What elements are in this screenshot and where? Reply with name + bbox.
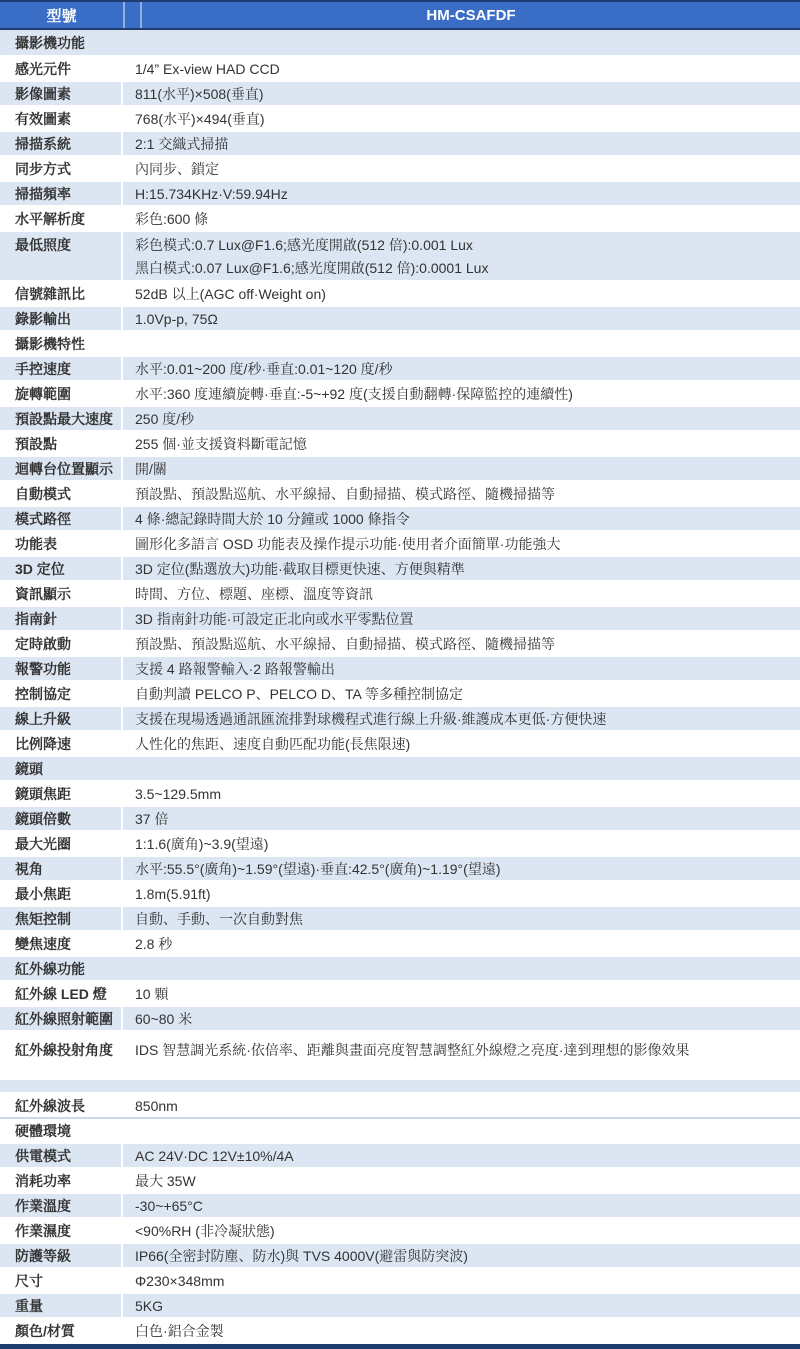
- spec-label: 紅外線 LED 燈: [0, 982, 123, 1005]
- spec-value: 時間、方位、標題、座標、溫度等資訊: [123, 582, 800, 605]
- spec-label: 旋轉範圍: [0, 382, 123, 405]
- spec-label: 同步方式: [0, 157, 123, 180]
- spec-row: 水平解析度彩色:600 條: [0, 205, 800, 230]
- spec-row: 作業溫度-30~+65°C: [0, 1192, 800, 1217]
- spec-value: 2:1 交織式掃描: [123, 132, 800, 155]
- spec-label: 信號雜訊比: [0, 282, 123, 305]
- spec-row: 紅外線 LED 燈10 顆: [0, 980, 800, 1005]
- spec-label: 迴轉台位置顯示: [0, 457, 123, 480]
- spec-label: 預設點: [0, 432, 123, 455]
- spec-row: 掃描頻率H:15.734KHz·V:59.94Hz: [0, 180, 800, 205]
- spec-value: 3.5~129.5mm: [123, 782, 800, 805]
- section-row: 硬體環境: [0, 1117, 800, 1142]
- table-header: 型號 HM-CSAFDF: [0, 0, 800, 30]
- spec-value: 811(水平)×508(垂直): [123, 82, 800, 105]
- spec-row: 指南針3D 指南針功能·可設定正北向或水平零點位置: [0, 605, 800, 630]
- spec-value: 3D 指南針功能·可設定正北向或水平零點位置: [123, 607, 800, 630]
- spec-label: 掃描系統: [0, 132, 123, 155]
- spec-value: 250 度/秒: [123, 407, 800, 430]
- spec-value: 4 條·總記錄時間大於 10 分鐘或 1000 條指令: [123, 507, 800, 530]
- spec-label: 鏡頭焦距: [0, 782, 123, 805]
- spec-value: 彩色:600 條: [123, 207, 800, 230]
- spec-value: 10 顆: [123, 982, 800, 1005]
- spec-label: 紅外線照射範圍: [0, 1007, 123, 1030]
- spec-row: 重量5KG: [0, 1292, 800, 1317]
- spec-label: 最大光圈: [0, 832, 123, 855]
- spec-label: 尺寸: [0, 1269, 123, 1292]
- section-title: 硬體環境: [0, 1119, 800, 1142]
- spec-row: 消耗功率最大 35W: [0, 1167, 800, 1192]
- spec-row: 感光元件1/4” Ex-view HAD CCD: [0, 55, 800, 80]
- spacer-row: [0, 1078, 800, 1092]
- spec-row: 鏡頭倍數37 倍: [0, 805, 800, 830]
- spec-label: 防護等級: [0, 1244, 123, 1267]
- spec-label: 手控速度: [0, 357, 123, 380]
- spec-row: 鏡頭焦距3.5~129.5mm: [0, 780, 800, 805]
- spec-row: 視角水平:55.5°(廣角)~1.59°(望遠)·垂直:42.5°(廣角)~1.…: [0, 855, 800, 880]
- section-title: 攝影機功能: [0, 30, 800, 55]
- spec-row: 線上升級支援在現場透過通訊匯流排對球機程式進行線上升級·維護成本更低·方便快速: [0, 705, 800, 730]
- spec-row: 有效圖素768(水平)×494(垂直): [0, 105, 800, 130]
- spec-value: 3D 定位(點選放大)功能·截取目標更快速、方便與精準: [123, 557, 800, 580]
- spec-row: 3D 定位3D 定位(點選放大)功能·截取目標更快速、方便與精準: [0, 555, 800, 580]
- spec-value: 1.8m(5.91ft): [123, 882, 800, 905]
- spec-value: AC 24V·DC 12V±10%/4A: [123, 1144, 800, 1167]
- header-spacer-cell: [125, 2, 140, 28]
- spec-label: 焦矩控制: [0, 907, 123, 930]
- model-label: 型號: [0, 2, 123, 28]
- spec-value: 255 個·並支援資料斷電記憶: [123, 432, 800, 455]
- spec-value: 自動、手動、一次自動對焦: [123, 907, 800, 930]
- spec-value: 人性化的焦距、速度自動匹配功能(長焦限速): [123, 732, 800, 755]
- spec-row: 防護等級IP66(全密封防塵、防水)與 TVS 4000V(避雷與防突波): [0, 1242, 800, 1267]
- spec-label: 最低照度: [0, 232, 123, 280]
- spec-value: 850nm: [123, 1094, 800, 1117]
- spec-row: 自動模式預設點、預設點巡航、水平線掃、自動掃描、模式路徑、隨機掃描等: [0, 480, 800, 505]
- spec-row: 掃描系統2:1 交織式掃描: [0, 130, 800, 155]
- spec-row: 紅外線投射角度IDS 智慧調光系統·依倍率、距離與畫面亮度智慧調整紅外線燈之亮度…: [0, 1030, 800, 1078]
- spec-row: 控制協定自動判讀 PELCO P、PELCO D、TA 等多種控制協定: [0, 680, 800, 705]
- spec-label: 比例降速: [0, 732, 123, 755]
- spec-row: 作業濕度<90%RH (非冷凝狀態): [0, 1217, 800, 1242]
- spec-value: 1.0Vp-p, 75Ω: [123, 307, 800, 330]
- table-bottom-border: [0, 1342, 800, 1349]
- spec-value: 內同步、鎖定: [123, 157, 800, 180]
- spec-row: 供電模式AC 24V·DC 12V±10%/4A: [0, 1142, 800, 1167]
- spec-value: 預設點、預設點巡航、水平線掃、自動掃描、模式路徑、隨機掃描等: [123, 482, 800, 505]
- spec-value: 768(水平)×494(垂直): [123, 107, 800, 130]
- spec-label: 模式路徑: [0, 507, 123, 530]
- spec-value: 彩色模式:0.7 Lux@F1.6;感光度開啟(512 倍):0.001 Lux…: [123, 232, 800, 280]
- spec-row: 模式路徑4 條·總記錄時間大於 10 分鐘或 1000 條指令: [0, 505, 800, 530]
- spec-row: 變焦速度2.8 秒: [0, 930, 800, 955]
- spec-row: 手控速度水平:0.01~200 度/秒·垂直:0.01~120 度/秒: [0, 355, 800, 380]
- section-row: 攝影機特性: [0, 330, 800, 355]
- section-title: 攝影機特性: [0, 332, 800, 355]
- spec-value: 圖形化多語言 OSD 功能表及操作提示功能·使用者介面簡單·功能強大: [123, 532, 800, 555]
- spec-value-line: 黑白模式:0.07 Lux@F1.6;感光度開啟(512 倍):0.0001 L…: [135, 257, 488, 280]
- spec-label: 最小焦距: [0, 882, 123, 905]
- spec-row: 報警功能支援 4 路報警輸入·2 路報警輸出: [0, 655, 800, 680]
- spec-value: 52dB 以上(AGC off·Weight on): [123, 282, 800, 305]
- spec-value: Φ230×348mm: [123, 1269, 800, 1292]
- spec-label: 報警功能: [0, 657, 123, 680]
- spec-value: 2.8 秒: [123, 932, 800, 955]
- spec-row: 焦矩控制自動、手動、一次自動對焦: [0, 905, 800, 930]
- spec-value: 60~80 米: [123, 1007, 800, 1030]
- spec-row: 最大光圈1:1.6(廣角)~3.9(望遠): [0, 830, 800, 855]
- spec-label: 變焦速度: [0, 932, 123, 955]
- spec-label: 紅外線波長: [0, 1094, 123, 1117]
- spec-row: 定時啟動預設點、預設點巡航、水平線掃、自動掃描、模式路徑、隨機掃描等: [0, 630, 800, 655]
- spec-label: 重量: [0, 1294, 123, 1317]
- spec-value: 自動判讀 PELCO P、PELCO D、TA 等多種控制協定: [123, 682, 800, 705]
- spec-value: IP66(全密封防塵、防水)與 TVS 4000V(避雷與防突波): [123, 1244, 800, 1267]
- spec-label: 有效圖素: [0, 107, 123, 130]
- spec-value: 支援 4 路報警輸入·2 路報警輸出: [123, 657, 800, 680]
- spec-label: 顏色/材質: [0, 1319, 123, 1342]
- spec-row: 資訊顯示時間、方位、標題、座標、溫度等資訊: [0, 580, 800, 605]
- spec-label: 控制協定: [0, 682, 123, 705]
- spec-label: 消耗功率: [0, 1169, 123, 1192]
- spec-label: 鏡頭倍數: [0, 807, 123, 830]
- spec-value: 5KG: [123, 1294, 800, 1317]
- spec-label: 功能表: [0, 532, 123, 555]
- spec-table: 型號 HM-CSAFDF 攝影機功能感光元件1/4” Ex-view HAD C…: [0, 0, 800, 1349]
- spec-row: 最低照度彩色模式:0.7 Lux@F1.6;感光度開啟(512 倍):0.001…: [0, 230, 800, 280]
- spec-value: 最大 35W: [123, 1169, 800, 1192]
- spec-value: 1/4” Ex-view HAD CCD: [123, 57, 800, 80]
- section-title: 紅外線功能: [0, 957, 800, 980]
- spec-row: 比例降速人性化的焦距、速度自動匹配功能(長焦限速): [0, 730, 800, 755]
- spec-value: 開/關: [123, 457, 800, 480]
- spec-label: 預設點最大速度: [0, 407, 123, 430]
- spec-row: 錄影輸出1.0Vp-p, 75Ω: [0, 305, 800, 330]
- spec-value: -30~+65°C: [123, 1194, 800, 1217]
- spec-row: 旋轉範圍水平:360 度連續旋轉·垂直:-5~+92 度(支援自動翻轉·保障監控…: [0, 380, 800, 405]
- spec-value: 水平:0.01~200 度/秒·垂直:0.01~120 度/秒: [123, 357, 800, 380]
- spec-row: 預設點255 個·並支援資料斷電記憶: [0, 430, 800, 455]
- spec-label: 作業濕度: [0, 1219, 123, 1242]
- spec-row: 功能表圖形化多語言 OSD 功能表及操作提示功能·使用者介面簡單·功能強大: [0, 530, 800, 555]
- spec-label: 線上升級: [0, 707, 123, 730]
- spec-value: 水平:55.5°(廣角)~1.59°(望遠)·垂直:42.5°(廣角)~1.19…: [123, 857, 800, 880]
- spec-value: H:15.734KHz·V:59.94Hz: [123, 182, 800, 205]
- spec-label: 3D 定位: [0, 557, 123, 580]
- spec-value: IDS 智慧調光系統·依倍率、距離與畫面亮度智慧調整紅外線燈之亮度·達到理想的影…: [123, 1032, 800, 1078]
- spec-row: 最小焦距1.8m(5.91ft): [0, 880, 800, 905]
- spec-label: 水平解析度: [0, 207, 123, 230]
- section-row: 紅外線功能: [0, 955, 800, 980]
- spec-value: 支援在現場透過通訊匯流排對球機程式進行線上升級·維護成本更低·方便快速: [123, 707, 800, 730]
- spec-label: 掃描頻率: [0, 182, 123, 205]
- spec-row: 影像圖素811(水平)×508(垂直): [0, 80, 800, 105]
- model-value: HM-CSAFDF: [142, 2, 800, 28]
- spec-value: 37 倍: [123, 807, 800, 830]
- spec-row: 顏色/材質白色·鋁合金製: [0, 1317, 800, 1342]
- spec-row: 紅外線照射範圍60~80 米: [0, 1005, 800, 1030]
- section-title: 鏡頭: [0, 757, 800, 780]
- spec-row: 信號雜訊比52dB 以上(AGC off·Weight on): [0, 280, 800, 305]
- spec-label: 指南針: [0, 607, 123, 630]
- spec-label: 紅外線投射角度: [0, 1032, 123, 1078]
- spec-value: 預設點、預設點巡航、水平線掃、自動掃描、模式路徑、隨機掃描等: [123, 632, 800, 655]
- spec-row: 預設點最大速度250 度/秒: [0, 405, 800, 430]
- spec-row: 紅外線波長850nm: [0, 1092, 800, 1117]
- section-row: 攝影機功能: [0, 30, 800, 55]
- spec-label: 定時啟動: [0, 632, 123, 655]
- spec-label: 視角: [0, 857, 123, 880]
- spec-row: 迴轉台位置顯示開/關: [0, 455, 800, 480]
- spec-label: 感光元件: [0, 57, 123, 80]
- spec-value: 1:1.6(廣角)~3.9(望遠): [123, 832, 800, 855]
- spec-label: 影像圖素: [0, 82, 123, 105]
- spec-label: 錄影輸出: [0, 307, 123, 330]
- spec-value-line: 彩色模式:0.7 Lux@F1.6;感光度開啟(512 倍):0.001 Lux: [135, 234, 473, 257]
- spec-value: <90%RH (非冷凝狀態): [123, 1219, 800, 1242]
- spec-label: 自動模式: [0, 482, 123, 505]
- spec-value: 水平:360 度連續旋轉·垂直:-5~+92 度(支援自動翻轉·保障監控的連續性…: [123, 382, 800, 405]
- spec-label: 供電模式: [0, 1144, 123, 1167]
- spec-label: 作業溫度: [0, 1194, 123, 1217]
- spec-value: 白色·鋁合金製: [123, 1319, 800, 1342]
- section-row: 鏡頭: [0, 755, 800, 780]
- spec-row: 尺寸Φ230×348mm: [0, 1267, 800, 1292]
- spec-label: 資訊顯示: [0, 582, 123, 605]
- spec-row: 同步方式內同步、鎖定: [0, 155, 800, 180]
